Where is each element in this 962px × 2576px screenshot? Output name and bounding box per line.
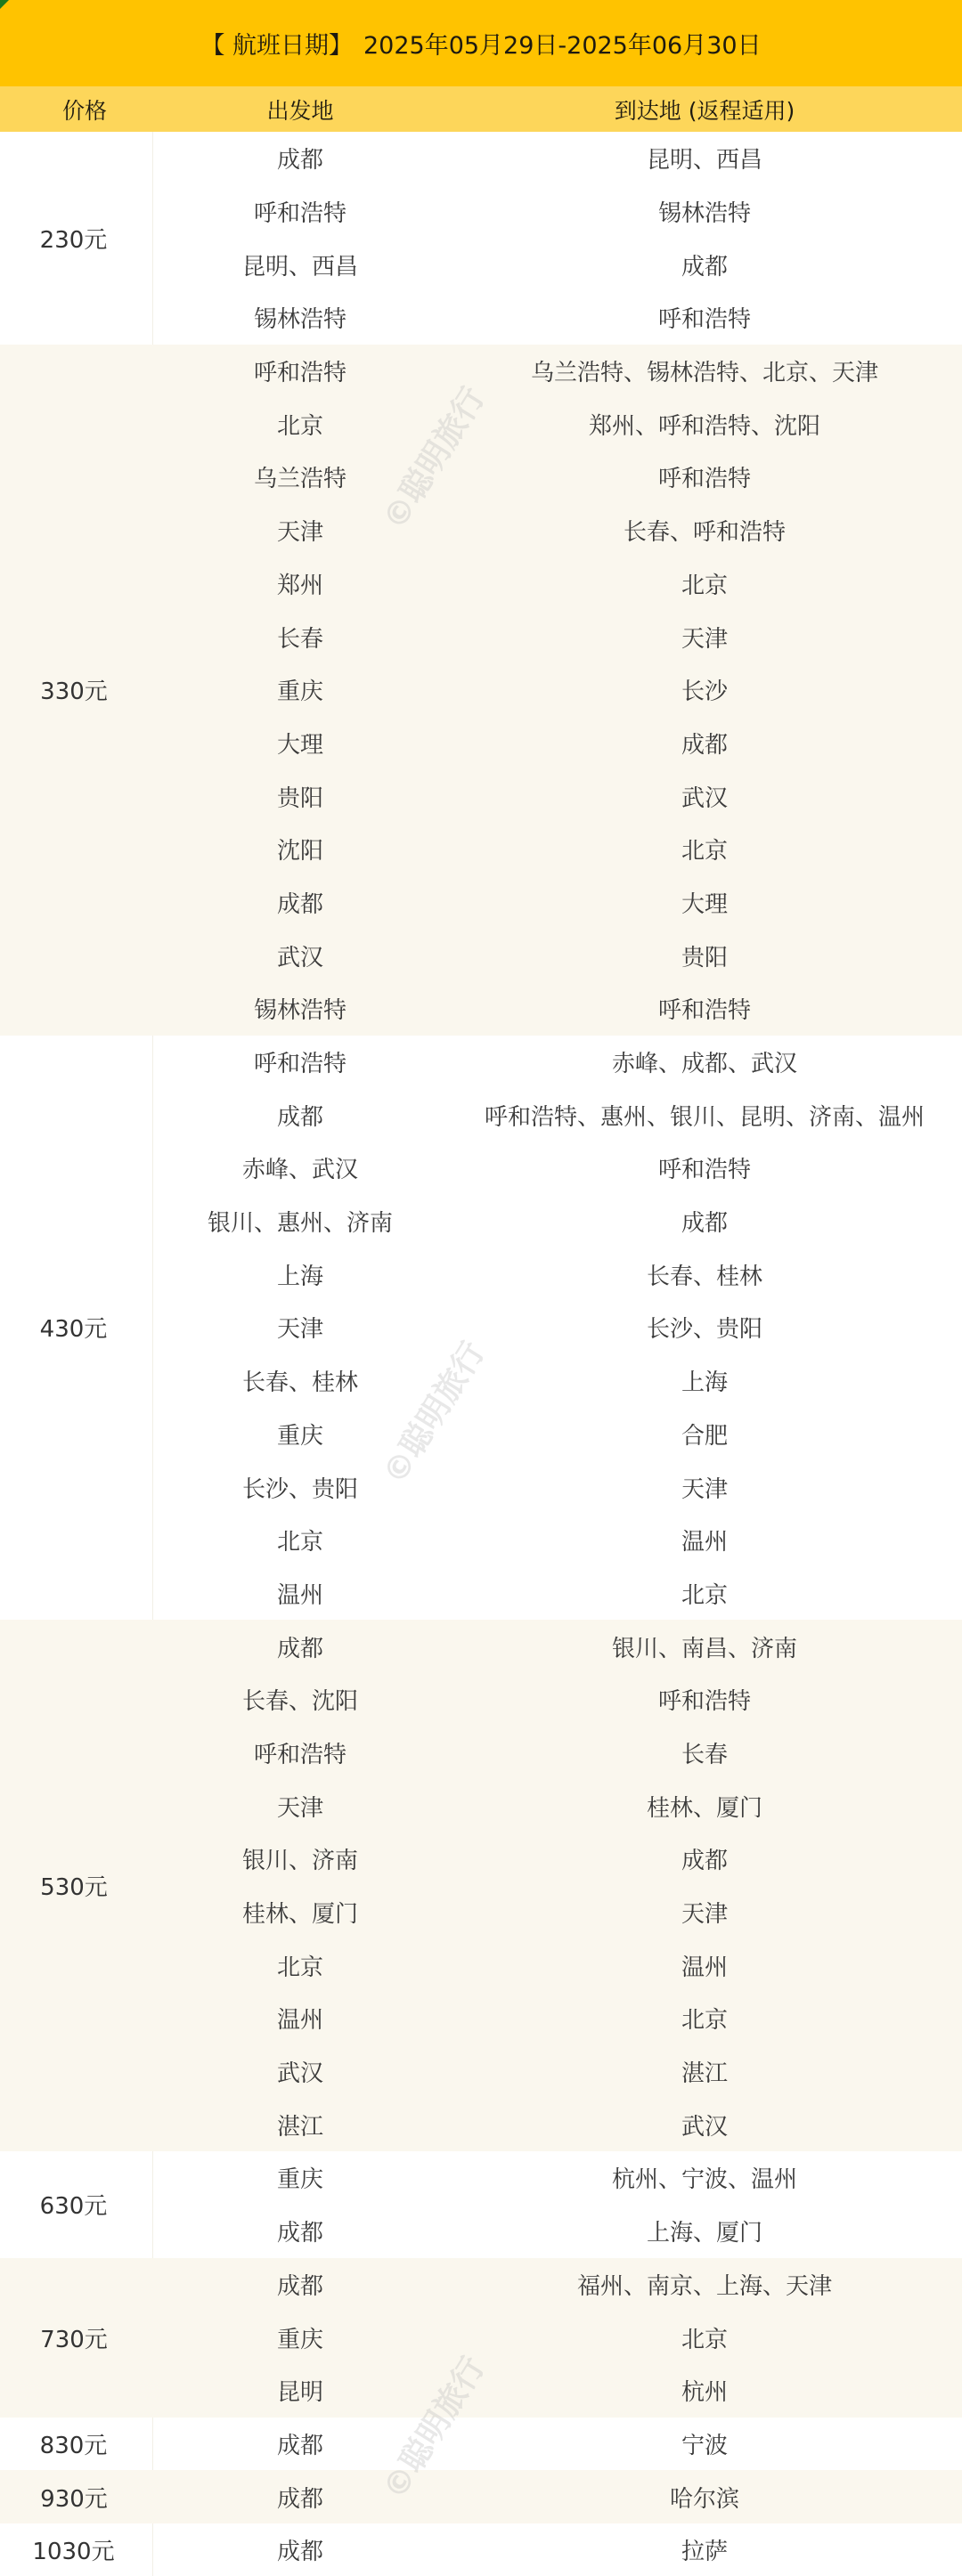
destination-cell: 杭州、宁波、温州 — [447, 2161, 962, 2194]
column-header-price: 价格 — [0, 93, 153, 126]
origin-cell: 成都 — [153, 1630, 447, 1663]
table-row: 贵阳武汉 — [153, 769, 962, 823]
table-row: 成都昆明、西昌 — [153, 132, 962, 185]
table-row: 北京温州 — [153, 1938, 962, 1992]
destination-cell: 温州 — [447, 1524, 962, 1556]
fare-group: 1030元成都拉萨 — [0, 2523, 962, 2576]
destination-cell: 北京 — [447, 833, 962, 865]
fare-group: 230元成都昆明、西昌呼和浩特锡林浩特昆明、西昌成都锡林浩特呼和浩特 — [0, 132, 962, 345]
table-row: 长春天津 — [153, 610, 962, 663]
table-row: 温州北京 — [153, 1992, 962, 2045]
destination-cell: 北京 — [447, 567, 962, 600]
fare-groups: 230元成都昆明、西昌呼和浩特锡林浩特昆明、西昌成都锡林浩特呼和浩特330元呼和… — [0, 132, 962, 2576]
table-row: 重庆长沙 — [153, 663, 962, 717]
table-row: 成都拉萨 — [153, 2523, 962, 2576]
fare-group: 830元成都宁波 — [0, 2418, 962, 2471]
destination-cell: 哈尔滨 — [447, 2481, 962, 2514]
origin-cell: 呼和浩特 — [153, 195, 447, 228]
origin-cell: 长春 — [153, 621, 447, 654]
table-row: 成都宁波 — [153, 2418, 962, 2471]
fare-group: 530元成都银川、南昌、济南长春、沈阳呼和浩特呼和浩特长春天津桂林、厦门银川、济… — [0, 1620, 962, 2151]
origin-cell: 锡林浩特 — [153, 301, 447, 334]
origin-cell: 长春、沈阳 — [153, 1683, 447, 1716]
price-cell: 530元 — [0, 1620, 153, 2151]
origin-cell: 北京 — [153, 1949, 447, 1982]
price-cell: 430元 — [0, 1036, 153, 1621]
destination-cell: 呼和浩特 — [447, 460, 962, 493]
destination-cell: 上海 — [447, 1364, 962, 1397]
destination-cell: 长沙 — [447, 673, 962, 706]
route-list: 成都福州、南京、上海、天津重庆北京昆明杭州 — [153, 2258, 962, 2418]
destination-cell: 福州、南京、上海、天津 — [447, 2268, 962, 2301]
origin-cell: 湛江 — [153, 2109, 447, 2141]
origin-cell: 武汉 — [153, 2055, 447, 2088]
column-header-origin: 出发地 — [153, 93, 447, 126]
destination-cell: 北京 — [447, 2002, 962, 2035]
destination-cell: 北京 — [447, 1577, 962, 1610]
fare-group: 730元成都福州、南京、上海、天津重庆北京昆明杭州 — [0, 2258, 962, 2418]
destination-cell: 武汉 — [447, 780, 962, 813]
corner-marker — [0, 0, 9, 9]
table-row: 成都上海、厦门 — [153, 2205, 962, 2258]
table-row: 呼和浩特长春 — [153, 1727, 962, 1780]
table-row: 桂林、厦门天津 — [153, 1886, 962, 1939]
table-row: 成都大理 — [153, 876, 962, 930]
price-cell: 1030元 — [0, 2523, 153, 2576]
route-list: 成都银川、南昌、济南长春、沈阳呼和浩特呼和浩特长春天津桂林、厦门银川、济南成都桂… — [153, 1620, 962, 2151]
table-row: 大理成都 — [153, 717, 962, 770]
table-row: 呼和浩特乌兰浩特、锡林浩特、北京、天津 — [153, 345, 962, 398]
destination-cell: 银川、南昌、济南 — [447, 1630, 962, 1663]
destination-cell: 锡林浩特 — [447, 195, 962, 228]
origin-cell: 重庆 — [153, 2321, 447, 2354]
origin-cell: 温州 — [153, 2002, 447, 2035]
table-row: 北京温州 — [153, 1514, 962, 1567]
destination-cell: 湛江 — [447, 2055, 962, 2088]
origin-cell: 武汉 — [153, 939, 447, 972]
table-row: 重庆合肥 — [153, 1408, 962, 1461]
column-header-destination: 到达地 (返程适用) — [447, 93, 962, 126]
table-row: 天津长沙、贵阳 — [153, 1301, 962, 1354]
destination-cell: 呼和浩特 — [447, 1683, 962, 1716]
origin-cell: 天津 — [153, 1311, 447, 1344]
table-row: 长春、桂林上海 — [153, 1354, 962, 1408]
destination-cell: 呼和浩特 — [447, 301, 962, 334]
table-row: 锡林浩特呼和浩特 — [153, 982, 962, 1036]
price-cell: 230元 — [0, 132, 153, 345]
origin-cell: 昆明 — [153, 2374, 447, 2407]
origin-cell: 呼和浩特 — [153, 1736, 447, 1769]
origin-cell: 呼和浩特 — [153, 354, 447, 387]
destination-cell: 郑州、呼和浩特、沈阳 — [447, 408, 962, 441]
destination-cell: 天津 — [447, 621, 962, 654]
origin-cell: 北京 — [153, 1524, 447, 1556]
origin-cell: 重庆 — [153, 2161, 447, 2194]
origin-cell: 重庆 — [153, 1418, 447, 1451]
destination-cell: 大理 — [447, 886, 962, 919]
table-row: 天津长春、呼和浩特 — [153, 504, 962, 557]
table-row: 长春、沈阳呼和浩特 — [153, 1673, 962, 1727]
table-row: 武汉贵阳 — [153, 929, 962, 982]
destination-cell: 呼和浩特、惠州、银川、昆明、济南、温州 — [447, 1099, 962, 1132]
origin-cell: 银川、惠州、济南 — [153, 1205, 447, 1238]
route-list: 呼和浩特赤峰、成都、武汉成都呼和浩特、惠州、银川、昆明、济南、温州赤峰、武汉呼和… — [153, 1036, 962, 1621]
origin-cell: 长春、桂林 — [153, 1364, 447, 1397]
destination-cell: 桂林、厦门 — [447, 1790, 962, 1823]
price-cell: 930元 — [0, 2470, 153, 2523]
column-header-row: 价格 出发地 到达地 (返程适用) — [0, 86, 962, 132]
table-row: 天津桂林、厦门 — [153, 1779, 962, 1832]
table-row: 沈阳北京 — [153, 823, 962, 876]
destination-cell: 成都 — [447, 1842, 962, 1875]
destination-cell: 成都 — [447, 1205, 962, 1238]
destination-cell: 上海、厦门 — [447, 2214, 962, 2247]
destination-cell: 成都 — [447, 727, 962, 760]
route-list: 成都昆明、西昌呼和浩特锡林浩特昆明、西昌成都锡林浩特呼和浩特 — [153, 132, 962, 345]
fare-group: 630元重庆杭州、宁波、温州成都上海、厦门 — [0, 2151, 962, 2257]
table-row: 重庆北京 — [153, 2311, 962, 2364]
origin-cell: 锡林浩特 — [153, 992, 447, 1025]
origin-cell: 沈阳 — [153, 833, 447, 865]
destination-cell: 武汉 — [447, 2109, 962, 2141]
flight-date-label: 【 航班日期】 — [200, 26, 353, 61]
destination-cell: 拉萨 — [447, 2533, 962, 2566]
price-cell: 730元 — [0, 2258, 153, 2418]
destination-cell: 昆明、西昌 — [447, 142, 962, 175]
origin-cell: 成都 — [153, 2533, 447, 2566]
table-row: 长沙、贵阳天津 — [153, 1460, 962, 1514]
fare-table-page: 【 航班日期】 2025年05月29日-2025年06月30日 价格 出发地 到… — [0, 0, 962, 2576]
fare-group: 330元呼和浩特乌兰浩特、锡林浩特、北京、天津北京郑州、呼和浩特、沈阳乌兰浩特呼… — [0, 345, 962, 1036]
origin-cell: 贵阳 — [153, 780, 447, 813]
origin-cell: 呼和浩特 — [153, 1045, 447, 1078]
destination-cell: 赤峰、成都、武汉 — [447, 1045, 962, 1078]
table-row: 锡林浩特呼和浩特 — [153, 291, 962, 345]
destination-cell: 乌兰浩特、锡林浩特、北京、天津 — [447, 354, 962, 387]
origin-cell: 乌兰浩特 — [153, 460, 447, 493]
origin-cell: 大理 — [153, 727, 447, 760]
table-row: 昆明杭州 — [153, 2364, 962, 2418]
table-row: 温州北京 — [153, 1567, 962, 1621]
origin-cell: 天津 — [153, 514, 447, 547]
table-row: 昆明、西昌成都 — [153, 238, 962, 291]
route-list: 成都拉萨 — [153, 2523, 962, 2576]
route-list: 成都宁波 — [153, 2418, 962, 2471]
table-row: 呼和浩特赤峰、成都、武汉 — [153, 1036, 962, 1089]
destination-cell: 长春 — [447, 1736, 962, 1769]
origin-cell: 成都 — [153, 2427, 447, 2460]
origin-cell: 桂林、厦门 — [153, 1896, 447, 1929]
origin-cell: 成都 — [153, 886, 447, 919]
destination-cell: 合肥 — [447, 1418, 962, 1451]
flight-date-range: 2025年05月29日-2025年06月30日 — [363, 26, 762, 61]
origin-cell: 成都 — [153, 2481, 447, 2514]
table-row: 湛江武汉 — [153, 2098, 962, 2151]
origin-cell: 银川、济南 — [153, 1842, 447, 1875]
table-row: 重庆杭州、宁波、温州 — [153, 2151, 962, 2205]
table-row: 北京郑州、呼和浩特、沈阳 — [153, 397, 962, 451]
table-row: 成都银川、南昌、济南 — [153, 1620, 962, 1673]
destination-cell: 杭州 — [447, 2374, 962, 2407]
origin-cell: 昆明、西昌 — [153, 248, 447, 281]
table-row: 武汉湛江 — [153, 2045, 962, 2099]
destination-cell: 成都 — [447, 248, 962, 281]
table-row: 成都福州、南京、上海、天津 — [153, 2258, 962, 2312]
destination-cell: 贵阳 — [447, 939, 962, 972]
origin-cell: 北京 — [153, 408, 447, 441]
price-cell: 330元 — [0, 345, 153, 1036]
route-list: 呼和浩特乌兰浩特、锡林浩特、北京、天津北京郑州、呼和浩特、沈阳乌兰浩特呼和浩特天… — [153, 345, 962, 1036]
origin-cell: 郑州 — [153, 567, 447, 600]
table-row: 银川、惠州、济南成都 — [153, 1195, 962, 1248]
origin-cell: 长沙、贵阳 — [153, 1471, 447, 1504]
origin-cell: 成都 — [153, 2268, 447, 2301]
origin-cell: 成都 — [153, 1099, 447, 1132]
title-bar: 【 航班日期】 2025年05月29日-2025年06月30日 — [0, 0, 962, 86]
destination-cell: 呼和浩特 — [447, 992, 962, 1025]
price-cell: 830元 — [0, 2418, 153, 2471]
fare-group: 930元成都哈尔滨 — [0, 2470, 962, 2523]
route-list: 成都哈尔滨 — [153, 2470, 962, 2523]
destination-cell: 天津 — [447, 1471, 962, 1504]
table-row: 上海长春、桂林 — [153, 1247, 962, 1301]
price-cell: 630元 — [0, 2151, 153, 2257]
table-row: 银川、济南成都 — [153, 1832, 962, 1886]
table-row: 乌兰浩特呼和浩特 — [153, 451, 962, 504]
origin-cell: 成都 — [153, 2214, 447, 2247]
destination-cell: 长春、呼和浩特 — [447, 514, 962, 547]
table-row: 呼和浩特锡林浩特 — [153, 185, 962, 239]
destination-cell: 宁波 — [447, 2427, 962, 2460]
destination-cell: 温州 — [447, 1949, 962, 1982]
origin-cell: 温州 — [153, 1577, 447, 1610]
origin-cell: 赤峰、武汉 — [153, 1151, 447, 1184]
table-row: 郑州北京 — [153, 557, 962, 611]
fare-group: 430元呼和浩特赤峰、成都、武汉成都呼和浩特、惠州、银川、昆明、济南、温州赤峰、… — [0, 1036, 962, 1621]
table-row: 成都呼和浩特、惠州、银川、昆明、济南、温州 — [153, 1088, 962, 1142]
destination-cell: 天津 — [447, 1896, 962, 1929]
origin-cell: 成都 — [153, 142, 447, 175]
destination-cell: 长沙、贵阳 — [447, 1311, 962, 1344]
origin-cell: 天津 — [153, 1790, 447, 1823]
route-list: 重庆杭州、宁波、温州成都上海、厦门 — [153, 2151, 962, 2257]
destination-cell: 北京 — [447, 2321, 962, 2354]
table-row: 成都哈尔滨 — [153, 2470, 962, 2523]
table-row: 赤峰、武汉呼和浩特 — [153, 1142, 962, 1195]
origin-cell: 上海 — [153, 1258, 447, 1291]
origin-cell: 重庆 — [153, 673, 447, 706]
destination-cell: 呼和浩特 — [447, 1151, 962, 1184]
destination-cell: 长春、桂林 — [447, 1258, 962, 1291]
